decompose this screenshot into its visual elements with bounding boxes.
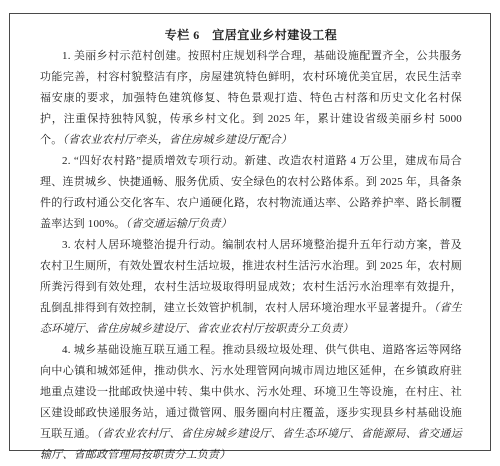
- paragraph-text: 2. “四好农村路”提质增效专项行动。新建、改造农村道路 4 万公里，建成布局合…: [40, 155, 462, 230]
- document-page: 专栏 6 宜居宜业乡村建设工程 1. 美丽乡村示范村创建。按照村庄规划科学合理，…: [0, 0, 500, 466]
- column-box: 专栏 6 宜居宜业乡村建设工程 1. 美丽乡村示范村创建。按照村庄规划科学合理，…: [9, 13, 491, 451]
- paragraph: 3. 农村人居环境整治提升行动。编制农村人居环境整治提升五年行动方案，普及农村卫…: [40, 235, 462, 340]
- paragraph: 4. 城乡基础设施互联互通工程。推动县级垃圾处理、供气供电、道路客运等网络向中心…: [40, 340, 462, 466]
- responsible-department-note: （省交通运输厅负责）: [125, 218, 232, 230]
- paragraph: 2. “四好农村路”提质增效专项行动。新建、改造农村道路 4 万公里，建成布局合…: [40, 151, 462, 235]
- column-title: 专栏 6 宜居宜业乡村建设工程: [40, 25, 462, 46]
- responsible-department-note: （省农业农村厅、省住房城乡建设厅、省生态环境厅、省能源局、省交通运输厅、省邮政管…: [40, 428, 462, 461]
- paragraph-text: 3. 农村人居环境整治提升行动。编制农村人居环境整治提升五年行动方案，普及农村卫…: [40, 239, 462, 314]
- paragraph: 1. 美丽乡村示范村创建。按照村庄规划科学合理，基础设施配置齐全，公共服务功能完…: [40, 46, 462, 151]
- paragraph-text: 4. 城乡基础设施互联互通工程。推动县级垃圾处理、供气供电、道路客运等网络向中心…: [40, 344, 462, 440]
- responsible-department-note: （省农业农村厅牵头，省住房城乡建设厅配合）: [62, 134, 292, 146]
- paragraph-text: 1. 美丽乡村示范村创建。按照村庄规划科学合理，基础设施配置齐全，公共服务功能完…: [40, 50, 462, 146]
